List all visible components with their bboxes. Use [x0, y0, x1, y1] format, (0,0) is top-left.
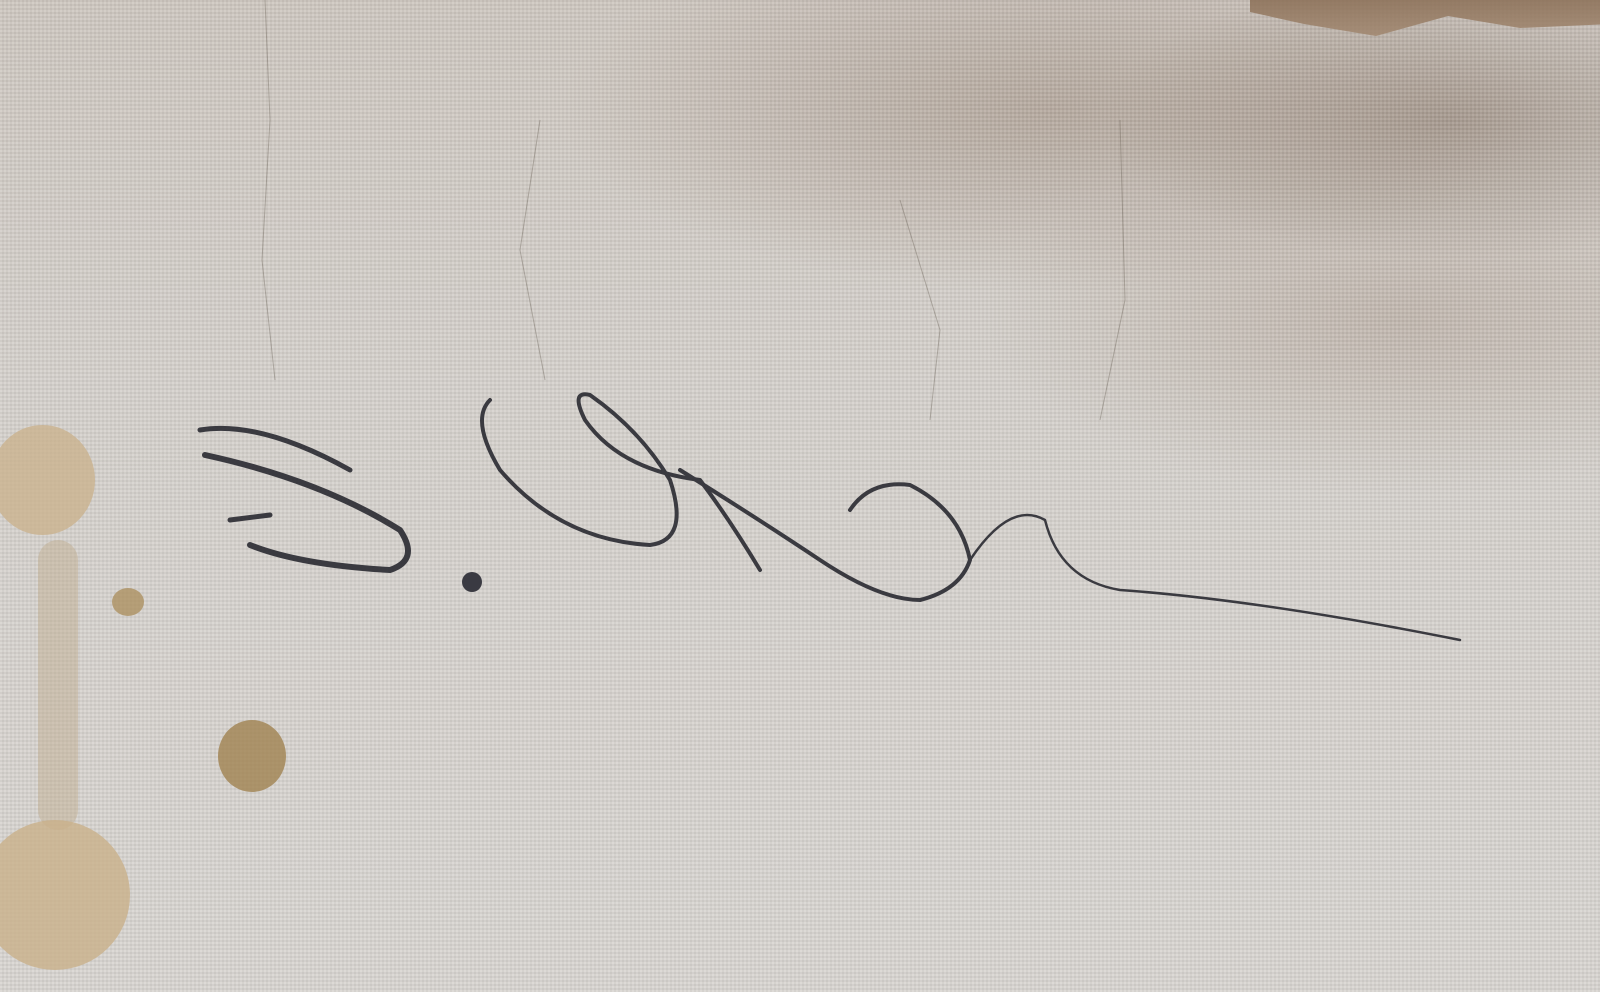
painted-canvas: [0, 0, 1600, 992]
signature: [0, 0, 1600, 992]
